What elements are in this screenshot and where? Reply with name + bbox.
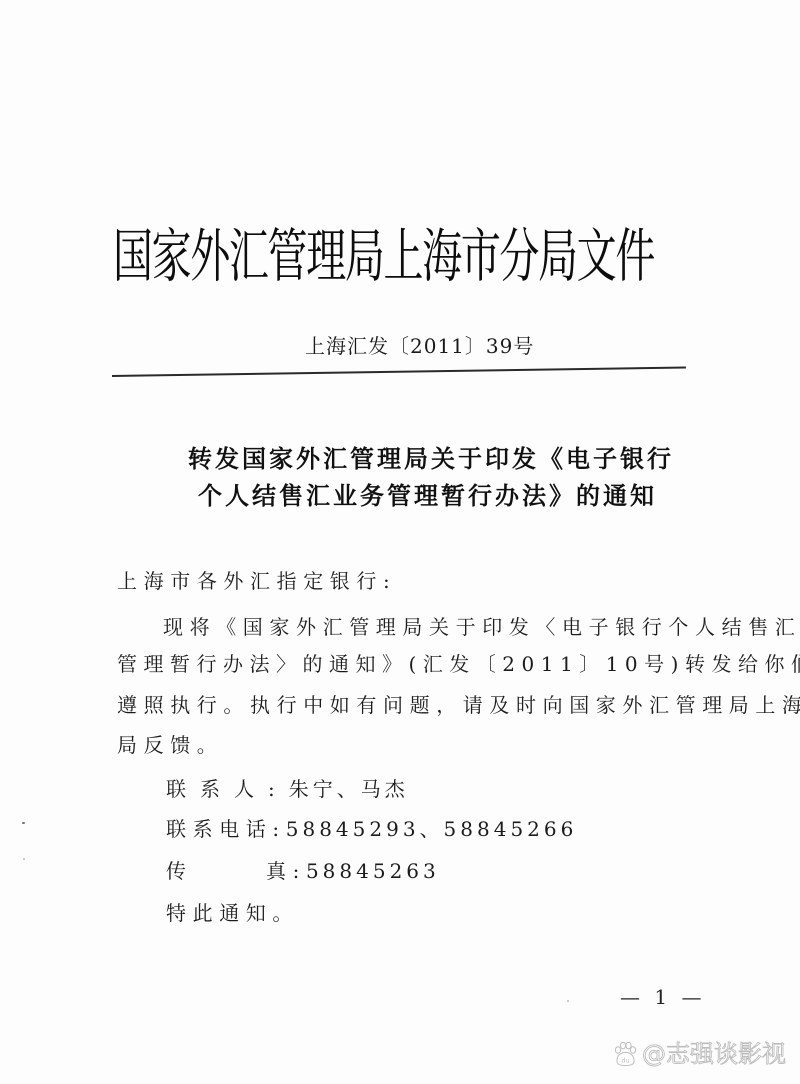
contact-phone-label: 联系电话:	[166, 815, 286, 843]
body-line-1: 现将《国家外汇管理局关于印发〈电子银行个人结售汇业务	[163, 613, 800, 641]
issuer-title-text: 国家外汇管理局上海市分局文件	[113, 222, 654, 290]
fax-label-second-char: 真:	[266, 857, 306, 885]
contact-person-value: 朱宁、马杰	[289, 775, 409, 803]
salutation: 上海市各外汇指定银行:	[117, 567, 396, 595]
page-number: — 1 —	[620, 984, 705, 1010]
scan-speck	[567, 1000, 569, 1002]
contact-fax-row: 传真:58845263	[166, 857, 440, 885]
closing-statement: 特此通知。	[166, 899, 299, 927]
scan-speck	[23, 858, 25, 860]
body-line-3: 遵照执行。执行中如有问题，请及时向国家外汇管理局上海市分	[117, 691, 800, 719]
scan-speck	[22, 822, 25, 824]
body-line-4: 局反馈。	[117, 731, 223, 759]
contact-phone-row: 联系电话:58845293、58845266	[166, 815, 577, 843]
body-line-2: 管理暂行办法〉的通知》(汇发〔2011〕10号)转发给你们，请	[117, 650, 800, 678]
document-page: 国家外汇管理局上海市分局文件 上海汇发〔2011〕39号 转发国家外汇管理局关于…	[0, 0, 800, 1084]
contact-phone-value: 58845293、58845266	[286, 815, 578, 843]
fax-label-first-char: 传	[166, 857, 266, 885]
contact-fax-value: 58845263	[306, 857, 440, 885]
document-number: 上海汇发〔2011〕39号	[305, 333, 534, 359]
issuer-title: 国家外汇管理局上海市分局文件	[113, 222, 673, 290]
watermark: du @志强谈影视	[612, 1038, 786, 1070]
header-separator-line	[112, 366, 686, 377]
subject-title-line-2: 个人结售汇业务管理暂行办法》的通知	[198, 481, 657, 511]
watermark-text: @志强谈影视	[642, 1040, 786, 1068]
subject-title-line-1: 转发国家外汇管理局关于印发《电子银行	[188, 444, 674, 474]
baidu-paw-icon: du	[612, 1041, 638, 1067]
contact-person-label: 联系人:	[166, 775, 289, 803]
svg-text:du: du	[621, 1057, 629, 1065]
contact-person-row: 联系人:朱宁、马杰	[166, 775, 409, 803]
